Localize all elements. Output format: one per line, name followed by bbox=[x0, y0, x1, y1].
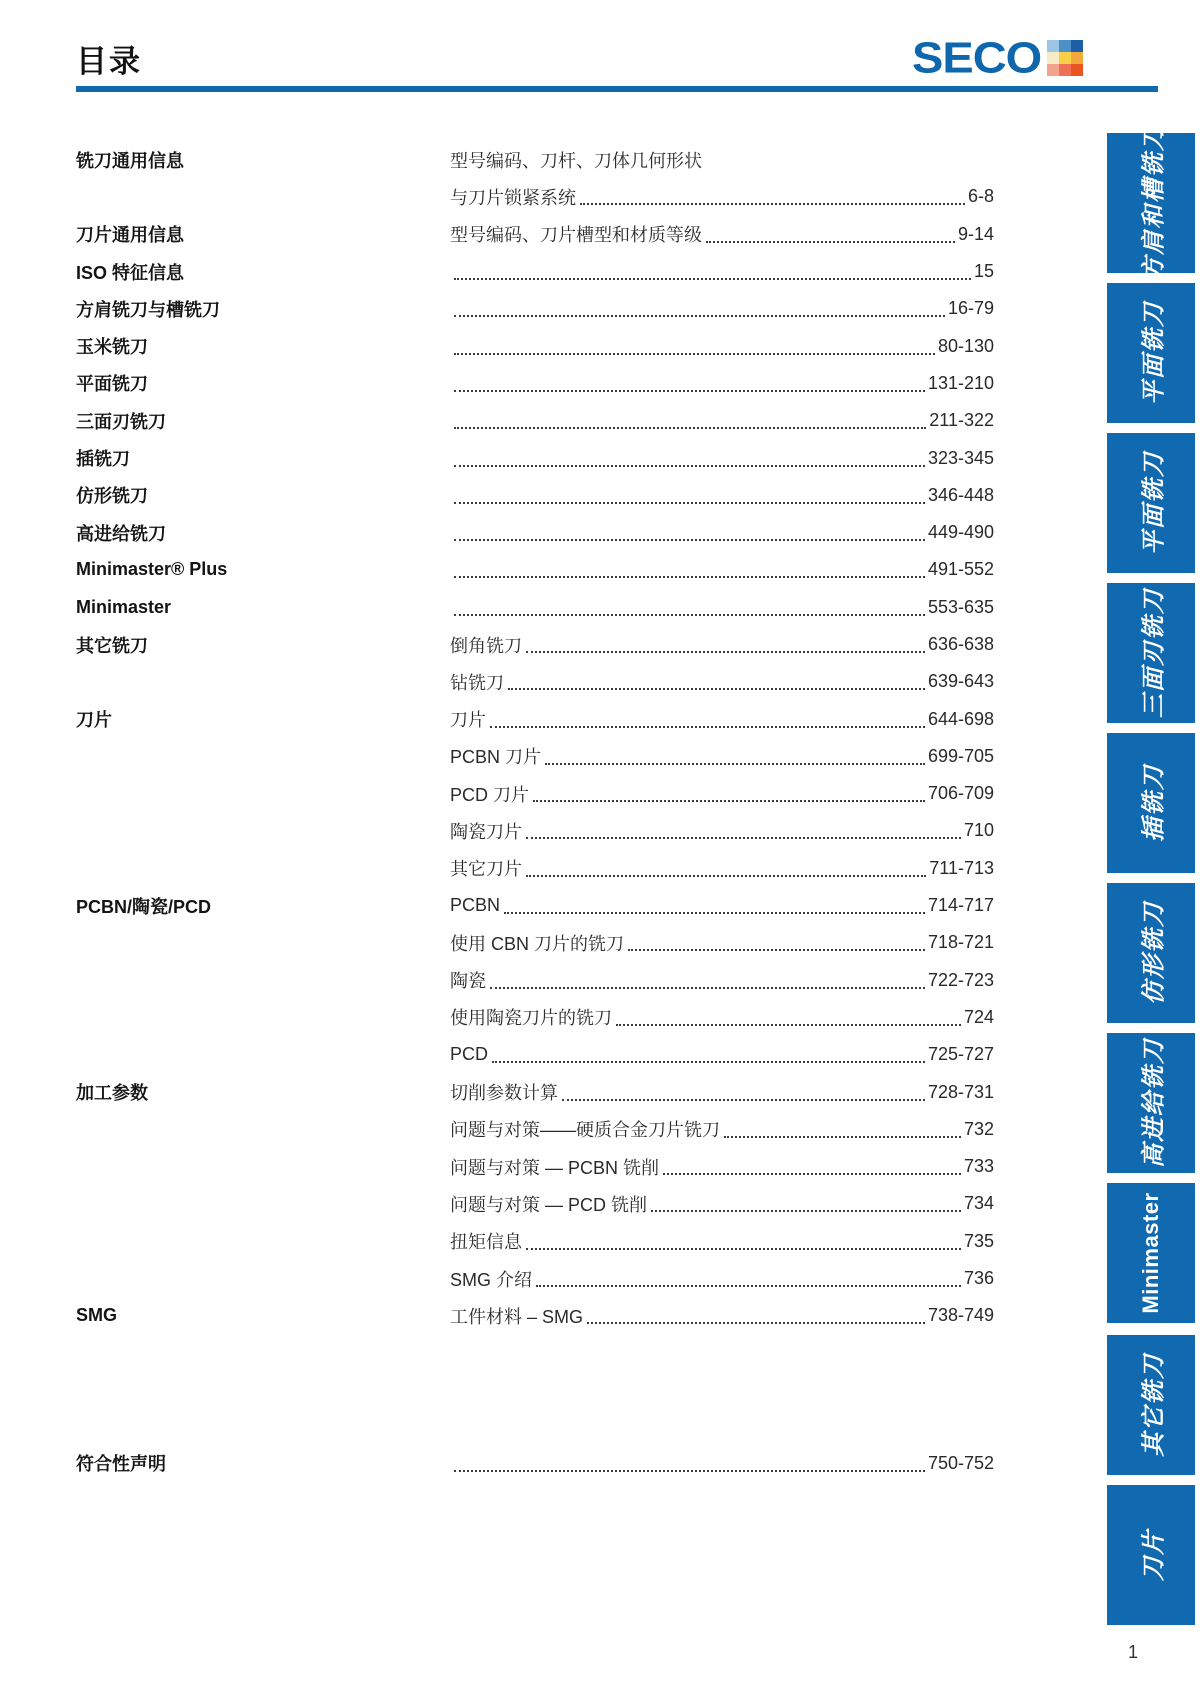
toc-page-range: 736 bbox=[964, 1268, 994, 1289]
toc-category-label: 方肩铣刀与槽铣刀 bbox=[76, 296, 450, 322]
toc-entry-label: 陶瓷刀片 bbox=[450, 818, 522, 844]
dotted-leader bbox=[663, 1173, 961, 1175]
logo-color-square bbox=[1047, 52, 1059, 64]
dotted-leader bbox=[454, 465, 925, 467]
toc-row: PCBN 刀片699-705 bbox=[76, 738, 994, 775]
dotted-leader bbox=[508, 688, 925, 690]
dotted-leader bbox=[492, 1061, 925, 1063]
dotted-leader bbox=[454, 502, 925, 504]
side-tab: 其它铣刀 bbox=[1107, 1335, 1195, 1475]
side-tab: 刀片 bbox=[1107, 1485, 1195, 1625]
toc-row: 铣刀通用信息型号编码、刀杆、刀体几何形状 bbox=[76, 141, 994, 178]
toc-entry-label: PCBN bbox=[450, 895, 500, 916]
side-tab-label: 平面铣刀 bbox=[1134, 451, 1169, 555]
logo-color-square bbox=[1071, 64, 1083, 76]
toc-entry-label: 问题与对策 — PCD 铣削 bbox=[450, 1191, 647, 1217]
dotted-leader bbox=[706, 241, 955, 243]
dotted-leader bbox=[526, 651, 925, 653]
seco-logo: SECO bbox=[912, 34, 1083, 80]
dotted-leader bbox=[504, 912, 925, 914]
toc-row: 方肩铣刀与槽铣刀16-79 bbox=[76, 290, 994, 327]
toc-entry-label: 使用 CBN 刀片的铣刀 bbox=[450, 930, 624, 956]
toc-entry-label: 钻铣刀 bbox=[450, 669, 504, 695]
side-tab-label: 三面刃铣刀 bbox=[1134, 588, 1169, 718]
toc-category-label: 刀片 bbox=[76, 706, 450, 732]
dotted-leader bbox=[454, 353, 935, 355]
side-tab-label: 刀片 bbox=[1134, 1529, 1169, 1581]
toc-row: 刀片通用信息型号编码、刀片槽型和材质等级9-14 bbox=[76, 216, 994, 253]
toc-category-label: 刀片通用信息 bbox=[76, 221, 450, 247]
toc-row: 其它铣刀倒角铣刀636-638 bbox=[76, 626, 994, 663]
toc-category-label: 铣刀通用信息 bbox=[76, 147, 450, 173]
toc-row: PCD 刀片706-709 bbox=[76, 775, 994, 812]
dotted-leader bbox=[454, 1470, 925, 1472]
toc-entry-label: 型号编码、刀片槽型和材质等级 bbox=[450, 221, 702, 247]
toc-row: PCBN/陶瓷/PCDPCBN714-717 bbox=[76, 887, 994, 924]
logo-color-square bbox=[1059, 64, 1071, 76]
seco-logo-color-grid-icon bbox=[1047, 40, 1083, 76]
toc-page-range: 553-635 bbox=[928, 597, 994, 618]
toc-page-range: 211-322 bbox=[929, 410, 994, 431]
catalog-toc-page: 目录 SECO 铣刀通用信息型号编码、刀杆、刀体几何形状与刀片锁紧系统6-8刀片… bbox=[0, 0, 1200, 1697]
side-tab-label: 插铣刀 bbox=[1134, 764, 1169, 842]
thumb-index-tabs: 方肩和槽铣刀平面铣刀平面铣刀三面刃铣刀插铣刀仿形铣刀高进给铣刀Minimaste… bbox=[1107, 133, 1195, 1635]
toc-row: 使用陶瓷刀片的铣刀724 bbox=[76, 999, 994, 1036]
toc-category-label: Minimaster® Plus bbox=[76, 559, 450, 580]
toc-row: 陶瓷722-723 bbox=[76, 962, 994, 999]
dotted-leader bbox=[536, 1285, 961, 1287]
logo-color-square bbox=[1059, 40, 1071, 52]
dotted-leader bbox=[580, 203, 965, 205]
side-tab: 方肩和槽铣刀 bbox=[1107, 133, 1195, 273]
table-of-contents: 铣刀通用信息型号编码、刀杆、刀体几何形状与刀片锁紧系统6-8刀片通用信息型号编码… bbox=[76, 141, 994, 1482]
side-tab-label: 方肩和槽铣刀 bbox=[1134, 125, 1169, 281]
toc-page-range: 131-210 bbox=[928, 373, 994, 394]
toc-category-label: 插铣刀 bbox=[76, 445, 450, 471]
toc-category-label: 玉米铣刀 bbox=[76, 333, 450, 359]
toc-entry-label: 型号编码、刀杆、刀体几何形状 bbox=[450, 147, 702, 173]
toc-row: 其它刀片711-713 bbox=[76, 850, 994, 887]
toc-row: 平面铣刀131-210 bbox=[76, 365, 994, 402]
dotted-leader bbox=[454, 315, 945, 317]
dotted-leader bbox=[628, 949, 925, 951]
toc-entry-label: 使用陶瓷刀片的铣刀 bbox=[450, 1004, 612, 1030]
toc-page-range: 722-723 bbox=[928, 970, 994, 991]
toc-page-range: 644-698 bbox=[928, 709, 994, 730]
toc-entry-label: 切削参数计算 bbox=[450, 1079, 558, 1105]
dotted-leader bbox=[526, 1248, 961, 1250]
toc-row: 仿形铣刀346-448 bbox=[76, 477, 994, 514]
dotted-leader bbox=[526, 875, 926, 877]
toc-page-range: 728-731 bbox=[928, 1082, 994, 1103]
dotted-leader bbox=[454, 576, 925, 578]
toc-page-range: 714-717 bbox=[928, 895, 994, 916]
toc-row: 扭矩信息735 bbox=[76, 1223, 994, 1260]
toc-page-range: 699-705 bbox=[928, 746, 994, 767]
toc-row: 玉米铣刀80-130 bbox=[76, 327, 994, 364]
toc-page-range: 724 bbox=[964, 1007, 994, 1028]
toc-section: 符合性声明750-752 bbox=[76, 1445, 994, 1482]
dotted-leader bbox=[533, 800, 925, 802]
toc-page-range: 725-727 bbox=[928, 1044, 994, 1065]
toc-entry-label: 刀片 bbox=[450, 706, 486, 732]
toc-row: 问题与对策 — PCD 铣削734 bbox=[76, 1185, 994, 1222]
toc-category-label: ISO 特征信息 bbox=[76, 259, 450, 285]
toc-row: 钻铣刀639-643 bbox=[76, 663, 994, 700]
toc-category-label: 其它铣刀 bbox=[76, 632, 450, 658]
side-tab: Minimaster bbox=[1107, 1183, 1195, 1323]
toc-page-range: 735 bbox=[964, 1231, 994, 1252]
toc-category-label: 仿形铣刀 bbox=[76, 482, 450, 508]
logo-color-square bbox=[1071, 40, 1083, 52]
toc-row: 加工参数切削参数计算728-731 bbox=[76, 1073, 994, 1110]
side-tab-label: 高进给铣刀 bbox=[1134, 1038, 1169, 1168]
toc-row: 三面刃铣刀211-322 bbox=[76, 402, 994, 439]
toc-page-range: 734 bbox=[964, 1193, 994, 1214]
toc-entry-label: PCBN 刀片 bbox=[450, 743, 541, 769]
toc-row: SMG工件材料 – SMG738-749 bbox=[76, 1297, 994, 1334]
logo-color-square bbox=[1047, 64, 1059, 76]
side-tab: 平面铣刀 bbox=[1107, 433, 1195, 573]
toc-page-range: 491-552 bbox=[928, 559, 994, 580]
toc-page-range: 738-749 bbox=[928, 1305, 994, 1326]
toc-row: SMG 介绍736 bbox=[76, 1260, 994, 1297]
logo-color-square bbox=[1059, 52, 1071, 64]
toc-page-range: 710 bbox=[964, 820, 994, 841]
side-tab: 插铣刀 bbox=[1107, 733, 1195, 873]
dotted-leader bbox=[490, 987, 925, 989]
page-number: 1 bbox=[1128, 1642, 1138, 1663]
toc-entry-label: 工件材料 – SMG bbox=[450, 1303, 583, 1329]
toc-entry-label: 与刀片锁紧系统 bbox=[450, 184, 576, 210]
toc-page-range: 6-8 bbox=[968, 186, 994, 207]
dotted-leader bbox=[651, 1210, 961, 1212]
toc-page-range: 80-130 bbox=[938, 336, 994, 357]
toc-row: 陶瓷刀片710 bbox=[76, 812, 994, 849]
logo-color-square bbox=[1071, 52, 1083, 64]
toc-page-range: 711-713 bbox=[929, 858, 994, 879]
side-tab-label: 仿形铣刀 bbox=[1134, 901, 1169, 1005]
toc-page-range: 718-721 bbox=[928, 932, 994, 953]
toc-category-label: SMG bbox=[76, 1305, 450, 1326]
toc-row: 与刀片锁紧系统6-8 bbox=[76, 178, 994, 215]
seco-logo-text: SECO bbox=[912, 35, 1041, 78]
dotted-leader bbox=[454, 427, 926, 429]
toc-page-range: 733 bbox=[964, 1156, 994, 1177]
toc-entry-label: 扭矩信息 bbox=[450, 1228, 522, 1254]
toc-row: ISO 特征信息15 bbox=[76, 253, 994, 290]
toc-row: Minimaster553-635 bbox=[76, 589, 994, 626]
toc-row: 插铣刀323-345 bbox=[76, 439, 994, 476]
toc-page-range: 15 bbox=[974, 261, 994, 282]
toc-entry-label: 陶瓷 bbox=[450, 967, 486, 993]
toc-entry-label: PCD bbox=[450, 1044, 488, 1065]
toc-entry-label: 倒角铣刀 bbox=[450, 632, 522, 658]
toc-category-label: 加工参数 bbox=[76, 1079, 450, 1105]
dotted-leader bbox=[724, 1136, 961, 1138]
toc-page-range: 9-14 bbox=[958, 224, 994, 245]
side-tab: 平面铣刀 bbox=[1107, 283, 1195, 423]
dotted-leader bbox=[454, 539, 925, 541]
toc-category-label: 高进给铣刀 bbox=[76, 520, 450, 546]
logo-color-square bbox=[1047, 40, 1059, 52]
toc-category-label: PCBN/陶瓷/PCD bbox=[76, 893, 450, 919]
toc-row: PCD725-727 bbox=[76, 1036, 994, 1073]
side-tab: 仿形铣刀 bbox=[1107, 883, 1195, 1023]
toc-entry-label: 其它刀片 bbox=[450, 855, 522, 881]
toc-entry-label: PCD 刀片 bbox=[450, 781, 529, 807]
toc-page-range: 16-79 bbox=[948, 298, 994, 319]
toc-row: 问题与对策 — PCBN 铣削733 bbox=[76, 1148, 994, 1185]
dotted-leader bbox=[587, 1322, 925, 1324]
dotted-leader bbox=[545, 763, 925, 765]
page-title: 目录 bbox=[76, 36, 142, 81]
toc-page-range: 323-345 bbox=[928, 448, 994, 469]
dotted-leader bbox=[454, 614, 925, 616]
dotted-leader bbox=[562, 1099, 925, 1101]
side-tab-label: 其它铣刀 bbox=[1134, 1353, 1169, 1457]
toc-page-range: 639-643 bbox=[928, 671, 994, 692]
toc-section: 铣刀通用信息型号编码、刀杆、刀体几何形状与刀片锁紧系统6-8刀片通用信息型号编码… bbox=[76, 141, 994, 1335]
toc-entry-label: 问题与对策 — PCBN 铣削 bbox=[450, 1154, 659, 1180]
toc-category-label: Minimaster bbox=[76, 597, 450, 618]
toc-category-label: 符合性声明 bbox=[76, 1450, 450, 1476]
toc-page-range: 732 bbox=[964, 1119, 994, 1140]
toc-row: 高进给铣刀449-490 bbox=[76, 514, 994, 551]
side-tab: 三面刃铣刀 bbox=[1107, 583, 1195, 723]
toc-page-range: 636-638 bbox=[928, 634, 994, 655]
dotted-leader bbox=[454, 278, 971, 280]
header-divider bbox=[76, 86, 1158, 92]
dotted-leader bbox=[616, 1024, 961, 1026]
side-tab-label: Minimaster bbox=[1138, 1192, 1164, 1313]
toc-entry-label: SMG 介绍 bbox=[450, 1266, 532, 1292]
toc-page-range: 750-752 bbox=[928, 1453, 994, 1474]
side-tab: 高进给铣刀 bbox=[1107, 1033, 1195, 1173]
toc-page-range: 346-448 bbox=[928, 485, 994, 506]
toc-entry-label: 问题与对策——硬质合金刀片铣刀 bbox=[450, 1116, 720, 1142]
toc-category-label: 平面铣刀 bbox=[76, 370, 450, 396]
side-tab-label: 平面铣刀 bbox=[1134, 301, 1169, 405]
toc-row: 使用 CBN 刀片的铣刀718-721 bbox=[76, 924, 994, 961]
toc-row: Minimaster® Plus491-552 bbox=[76, 551, 994, 588]
toc-category-label: 三面刃铣刀 bbox=[76, 408, 450, 434]
toc-row: 符合性声明750-752 bbox=[76, 1445, 994, 1482]
toc-page-range: 449-490 bbox=[928, 522, 994, 543]
dotted-leader bbox=[526, 837, 961, 839]
dotted-leader bbox=[490, 726, 925, 728]
dotted-leader bbox=[454, 390, 925, 392]
toc-row: 刀片刀片644-698 bbox=[76, 700, 994, 737]
toc-row: 问题与对策——硬质合金刀片铣刀732 bbox=[76, 1111, 994, 1148]
toc-page-range: 706-709 bbox=[928, 783, 994, 804]
